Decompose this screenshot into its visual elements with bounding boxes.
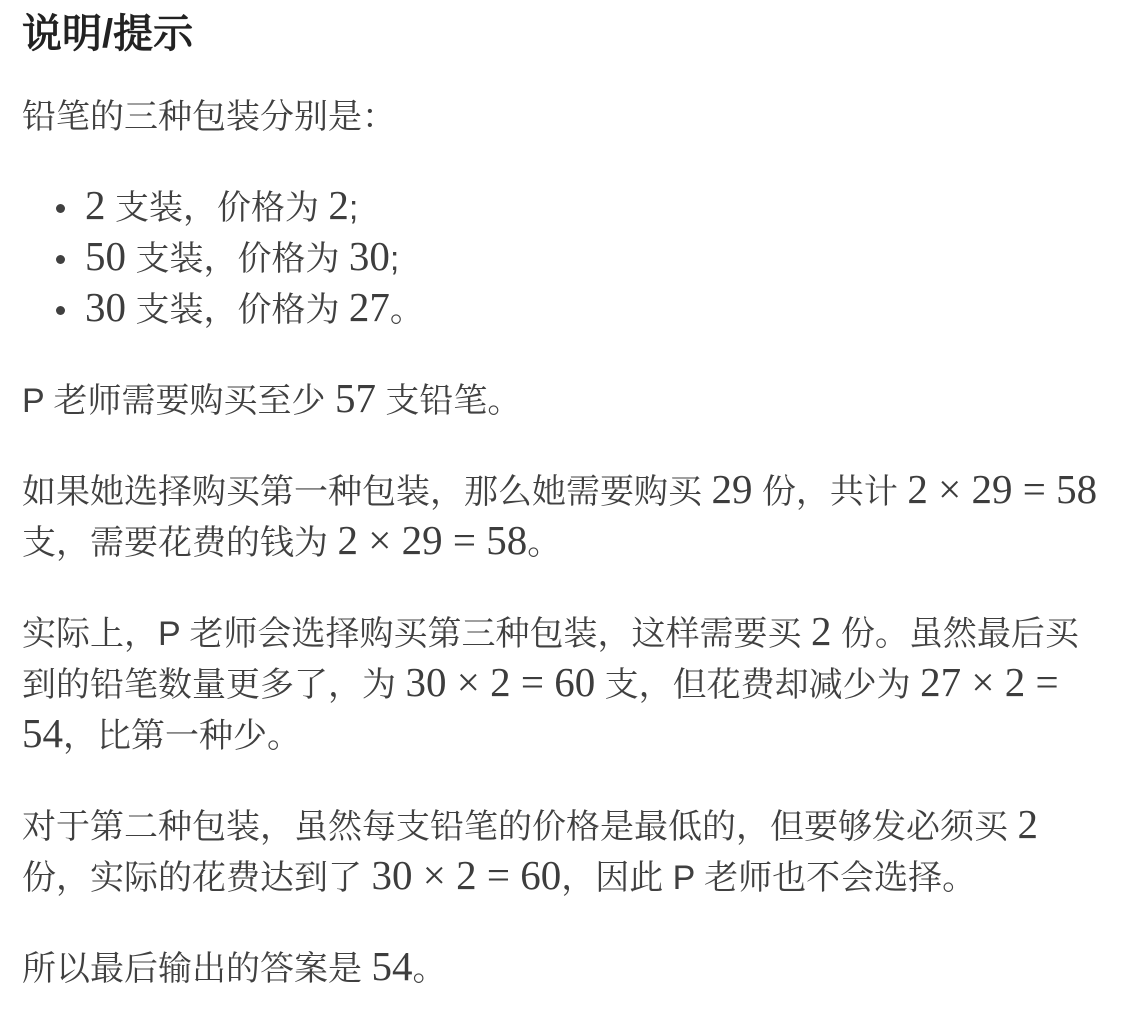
text-run: 。 — [527, 524, 561, 562]
inline-math: 2 — [811, 608, 832, 654]
text-run: 支装，价格为 — [106, 189, 329, 227]
inline-math: 2 × 29 = 58 — [907, 466, 1097, 512]
inline-math: 50 — [85, 233, 126, 279]
paragraph-option-one: 如果她选择购买第一种包装，那么她需要购买 29 份，共计 2 × 29 = 58… — [22, 467, 1111, 569]
text-run: 如果她选择购买第一种包装，那么她需要购买 — [22, 473, 711, 511]
inline-math: 27 — [349, 284, 390, 330]
inline-math: 30 — [349, 233, 390, 279]
text-run: 对于第二种包装，虽然每支铅笔的价格是最低的，但要够发必须买 — [22, 808, 1017, 846]
text-run: 支，但花费却减少为 — [595, 666, 920, 704]
paragraph-option-two: 对于第二种包装，虽然每支铅笔的价格是最低的，但要够发必须买 2 份，实际的花费达… — [22, 802, 1111, 904]
paragraph-answer: 所以最后输出的答案是 54。 — [22, 944, 1111, 995]
text-run: 份，实际的花费达到了 — [22, 859, 371, 897]
inline-math: 2 — [1017, 801, 1038, 847]
text-run: ，因此 P 老师也不会选择。 — [561, 859, 976, 897]
list-item: 30 支装，价格为 27。 — [22, 285, 1111, 336]
list-item: 2 支装，价格为 2; — [22, 183, 1111, 234]
inline-math: 30 — [85, 284, 126, 330]
intro-paragraph: 铅笔的三种包装分别是： — [22, 92, 1111, 143]
paragraph-requirement: P 老师需要购买至少 57 支铅笔。 — [22, 376, 1111, 427]
text-run: 实际上，P 老师会选择购买第三种包装，这样需要买 — [22, 615, 811, 653]
package-list: 2 支装，价格为 2; 50 支装，价格为 30; 30 支装，价格为 27。 — [22, 183, 1111, 336]
section-heading: 说明/提示 — [22, 10, 1111, 58]
text-run: 铅笔的三种包装分别是： — [22, 98, 396, 136]
inline-math: 2 × 29 = 58 — [337, 517, 527, 563]
text-run: ，比第一种少。 — [63, 717, 301, 755]
text-run: P 老师需要购买至少 — [22, 382, 335, 420]
inline-math: 54 — [371, 943, 412, 989]
inline-math: 2 — [85, 182, 106, 228]
inline-math: 2 — [328, 182, 349, 228]
inline-math: 57 — [335, 375, 376, 421]
paragraph-option-three: 实际上，P 老师会选择购买第三种包装，这样需要买 2 份。虽然最后买到的铅笔数量… — [22, 609, 1111, 762]
text-run: ; — [390, 240, 399, 278]
text-run: ; — [349, 189, 358, 227]
text-run: 支装，价格为 — [126, 240, 349, 278]
text-run: 支铅笔。 — [376, 382, 521, 420]
text-run: 。 — [412, 950, 446, 988]
text-run: 支装，价格为 — [126, 291, 349, 329]
inline-math: 30 × 2 = 60 — [405, 659, 595, 705]
explanation-section: 说明/提示 铅笔的三种包装分别是： 2 支装，价格为 2; 50 支装，价格为 … — [0, 0, 1133, 995]
text-run: 所以最后输出的答案是 — [22, 950, 371, 988]
text-run: 份，共计 — [752, 473, 907, 511]
text-run: 。 — [390, 291, 424, 329]
inline-math: 30 × 2 = 60 — [371, 852, 561, 898]
list-item: 50 支装，价格为 30; — [22, 234, 1111, 285]
inline-math: 29 — [711, 466, 752, 512]
text-run: 支，需要花费的钱为 — [22, 524, 337, 562]
